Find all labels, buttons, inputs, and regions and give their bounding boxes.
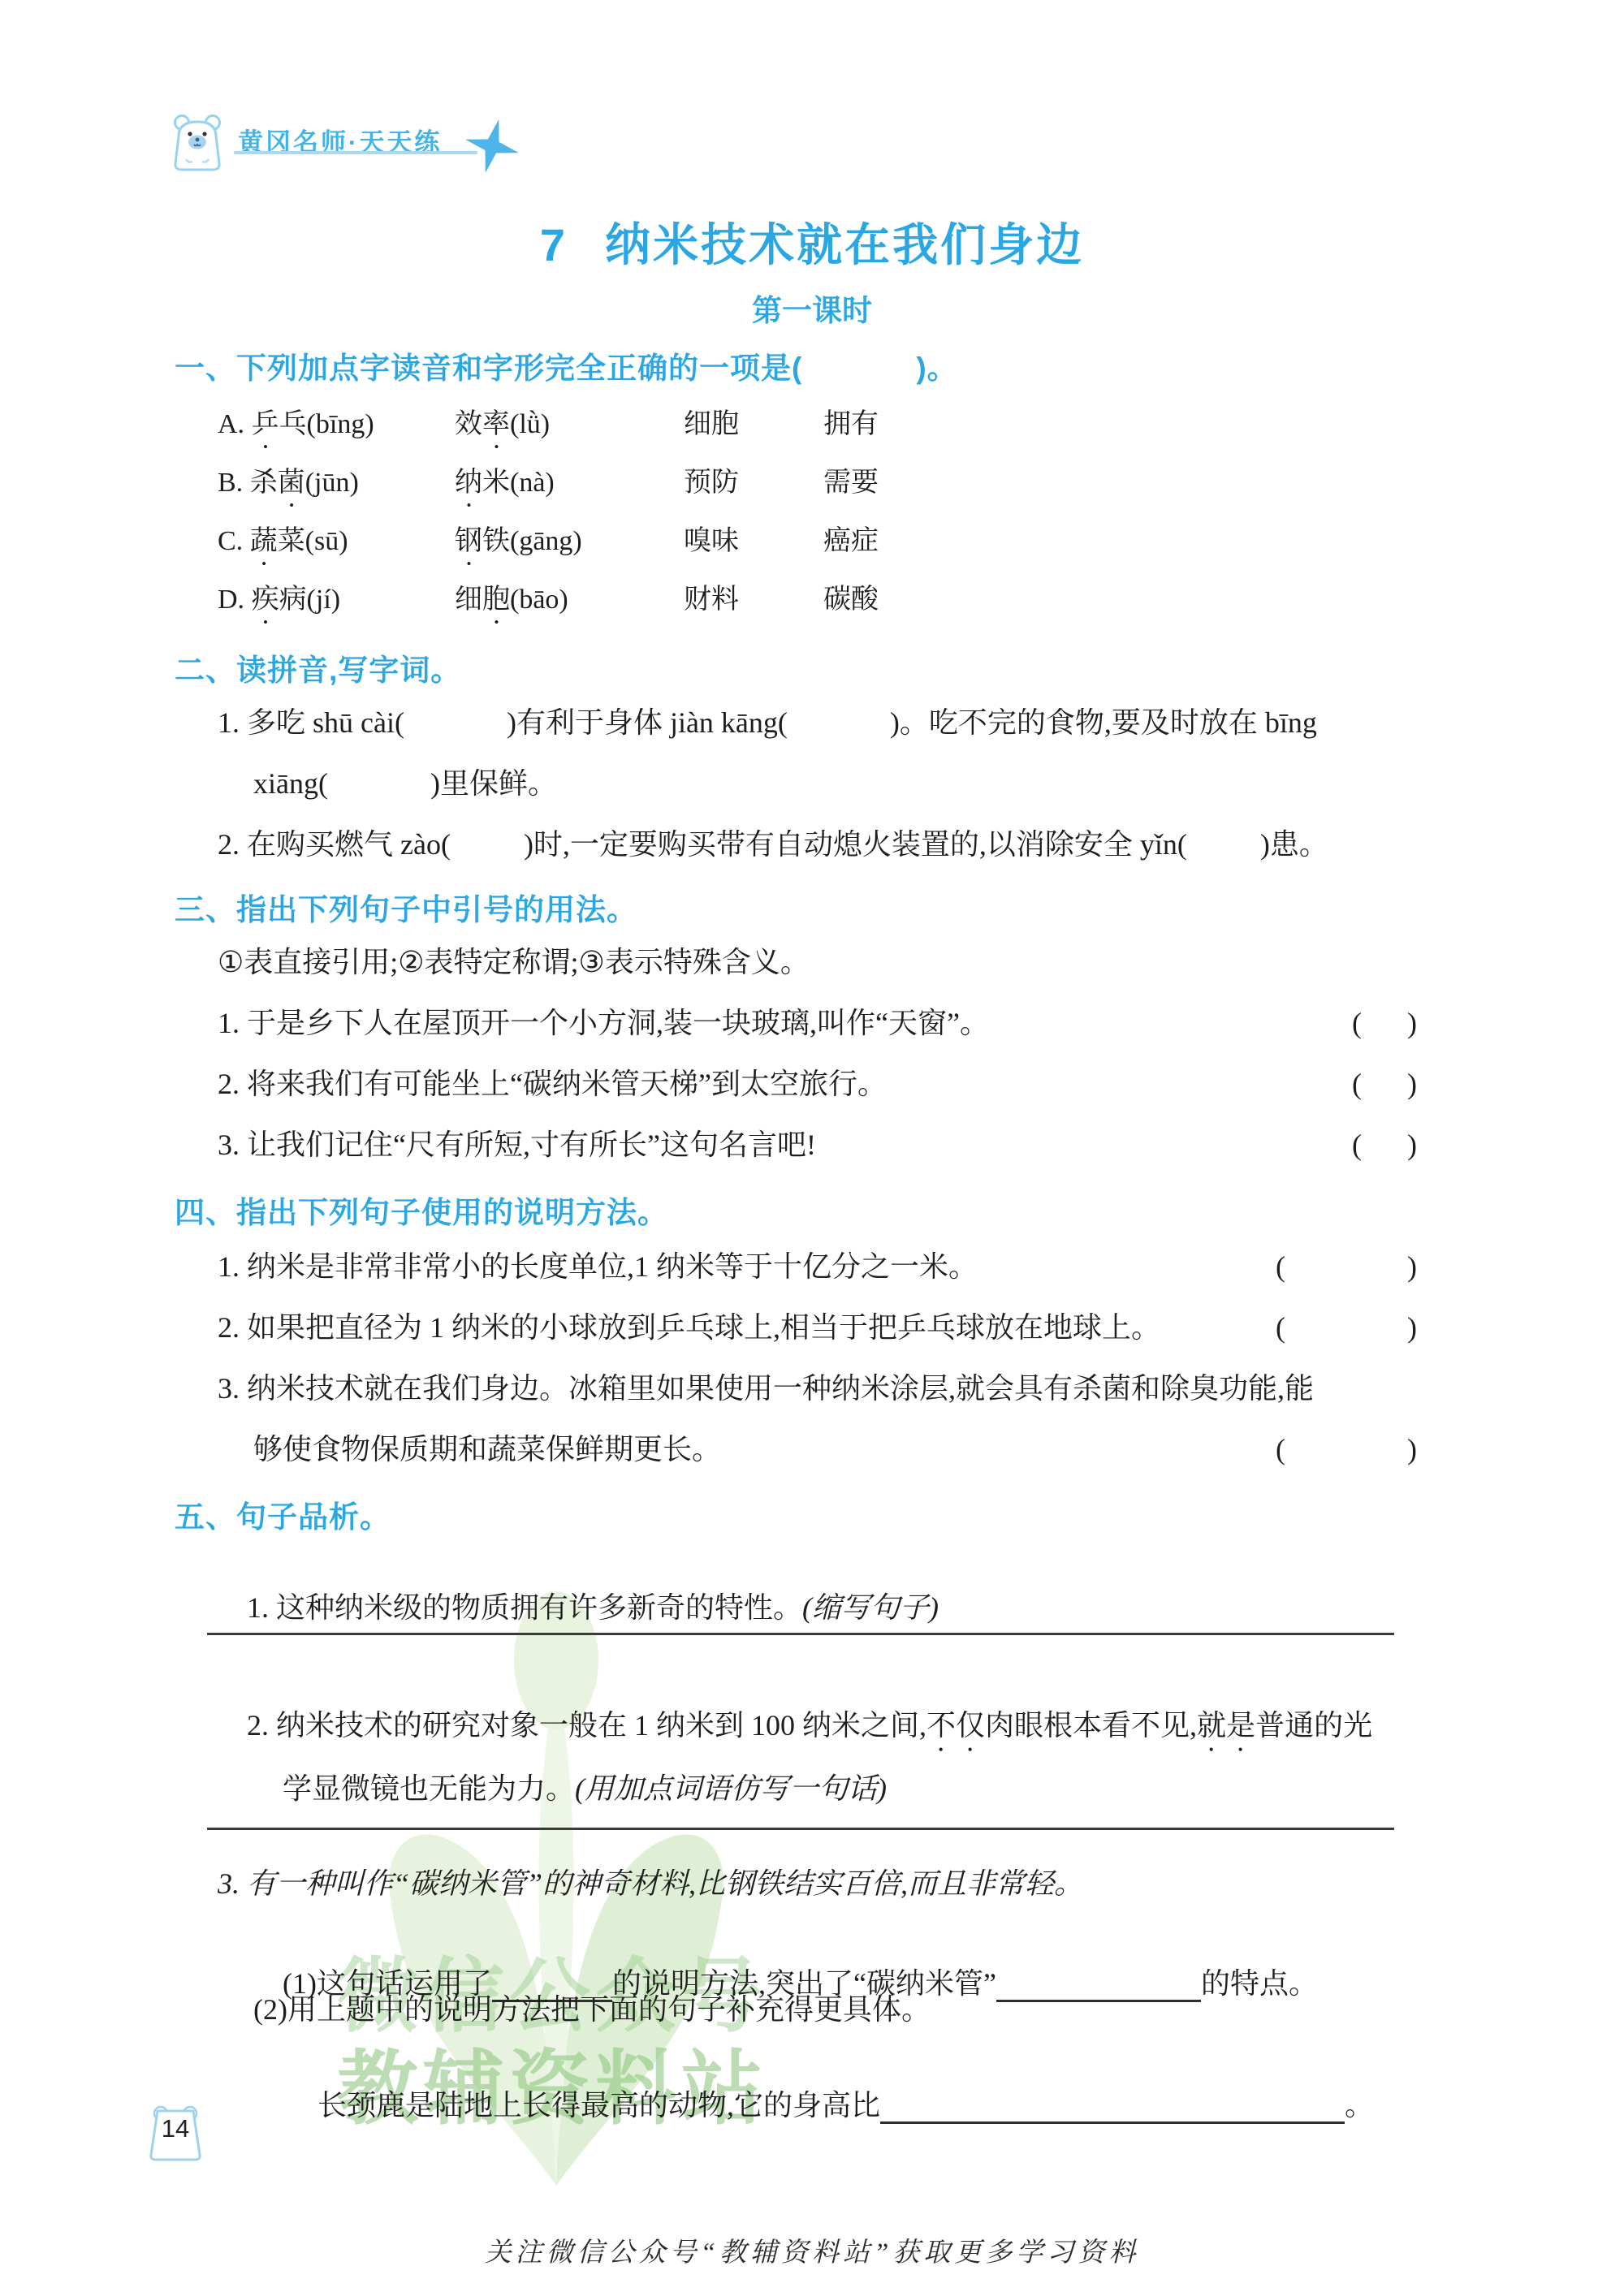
option-row-c: C. 蔬菜(sū) 钢铁(gāng) 嗅味 癌症 [218,518,879,572]
lesson-subtitle: 第一课时 [0,286,1624,330]
footer-promo-text: 关注微信公众号“教辅资料站”获取更多学习资料 [0,2231,1624,2269]
option-word: C. 蔬菜(sū) [218,518,455,572]
pinyin-item1-line1: 1. 多吃 shū cài( )有利于身体 jiàn kāng( )。吃不完的食… [218,705,1317,741]
answer-line [207,1633,1394,1635]
answer-bracket: () [1276,1310,1417,1346]
option-word: 纳米(nà) [455,460,684,513]
section2-heading: 二、读拼音,写字词。 [175,645,461,689]
lesson-number: 7 [540,219,568,270]
option-word: D. 疾病(jí) [218,576,455,630]
lesson-title-text: 纳米技术就在我们身边 [605,219,1084,270]
worksheet-page: 微信公众号 教辅资料站 黄冈名师·天天练 7纳米技术就在我们身边 第一课时 一、… [0,0,1624,2279]
method-item3-line1: 3. 纳米技术就在我们身边。冰箱里如果使用一种纳米涂层,就会具有杀菌和除臭功能,… [218,1370,1314,1407]
fill-blank-sub2: (2)用上题中的说明方法把下面的句子补充得更具体。 [253,1992,931,2028]
method-item1: 1. 纳米是非常非常小的长度单位,1 纳米等于十亿分之一米。 () [218,1249,1417,1285]
quote-item1: 1. 于是乡下人在屋顶开一个小方洞,装一块玻璃,叫作“天窗”。 () [218,1005,1417,1042]
analysis-item1: 1. 这种纳米级的物质拥有许多新奇的特性。(缩写句子) [218,1553,939,1663]
lesson-title: 7纳米技术就在我们身边 [0,209,1624,274]
fill-blank-line [880,2092,1345,2124]
option-word: 预防 [684,460,823,499]
answer-bracket: () [1276,1431,1417,1468]
option-word: 拥有 [823,401,879,441]
option-word: A. 乒乓(bīng) [218,401,455,455]
quote-item3: 3. 让我们记住“尺有所短,寸有所长”这句名言吧! () [218,1127,1417,1163]
giraffe-sentence: 长颈鹿是陆地上长得最高的动物,它的身高比。 [288,2051,1374,2160]
method-item3-line2: 够使食物保质期和蔬菜保鲜期更长。 () [253,1431,1417,1468]
option-word: B. 杀菌(jūn) [218,460,455,513]
fill-blank-line [996,1970,1201,2002]
option-row-d: D. 疾病(jí) 细胞(bāo) 财料 碳酸 [218,576,879,630]
section4-heading: 四、指出下列句子使用的说明方法。 [175,1188,668,1232]
answer-line [207,1828,1394,1830]
pinyin-item1-line2: xiāng( )里保鲜。 [253,766,557,802]
option-word: 癌症 [823,518,879,558]
task-note: (缩写句子) [802,1591,939,1624]
option-word: 效率(lǜ) [455,401,684,455]
pinyin-item2: 2. 在购买燃气 zào( )时,一定要购买带有自动熄火装置的,以消除安全 yǐ… [218,827,1328,863]
section3-heading: 三、指出下列句子中引号的用法。 [175,885,637,929]
answer-bracket: () [1352,1005,1417,1042]
method-item2: 2. 如果把直径为 1 纳米的小球放到乒乓球上,相当于把乒乓球放在地球上。 () [218,1310,1417,1346]
page-number: 14 [145,2114,206,2143]
option-word: 财料 [684,576,823,616]
option-row-b: B. 杀菌(jūn) 纳米(nà) 预防 需要 [218,460,879,513]
option-word: 钢铁(gāng) [455,518,684,572]
option-row-a: A. 乒乓(bīng) 效率(lǜ) 细胞 拥有 [218,401,879,455]
brand-underline [234,151,477,154]
option-word: 嗅味 [684,518,823,558]
task-note: (用加点词语仿写一句话) [575,1772,887,1805]
quote-item2: 2. 将来我们有可能坐上“碳纳米管天梯”到太空旅行。 () [218,1066,1417,1103]
analysis-item3: 3. 有一种叫作“碳纳米管”的神奇材料,比钢铁结实百倍,而且非常轻。 [218,1866,1083,1902]
sparkle-icon [459,113,525,179]
answer-bracket: () [1352,1127,1417,1163]
option-word: 碳酸 [823,576,879,616]
answer-bracket: () [1352,1066,1417,1103]
answer-bracket: () [1276,1249,1417,1285]
option-word: 细胞 [684,401,823,441]
section5-heading: 五、句子品析。 [175,1492,391,1536]
option-word: 细胞(bāo) [455,576,684,630]
bear-mascot-icon [171,112,224,175]
section1-heading: 一、下列加点字读音和字形完全正确的一项是()。 [175,343,958,387]
option-word: 需要 [823,460,879,499]
section3-note: ①表直接引用;②表特定称谓;③表示特殊含义。 [218,944,810,981]
